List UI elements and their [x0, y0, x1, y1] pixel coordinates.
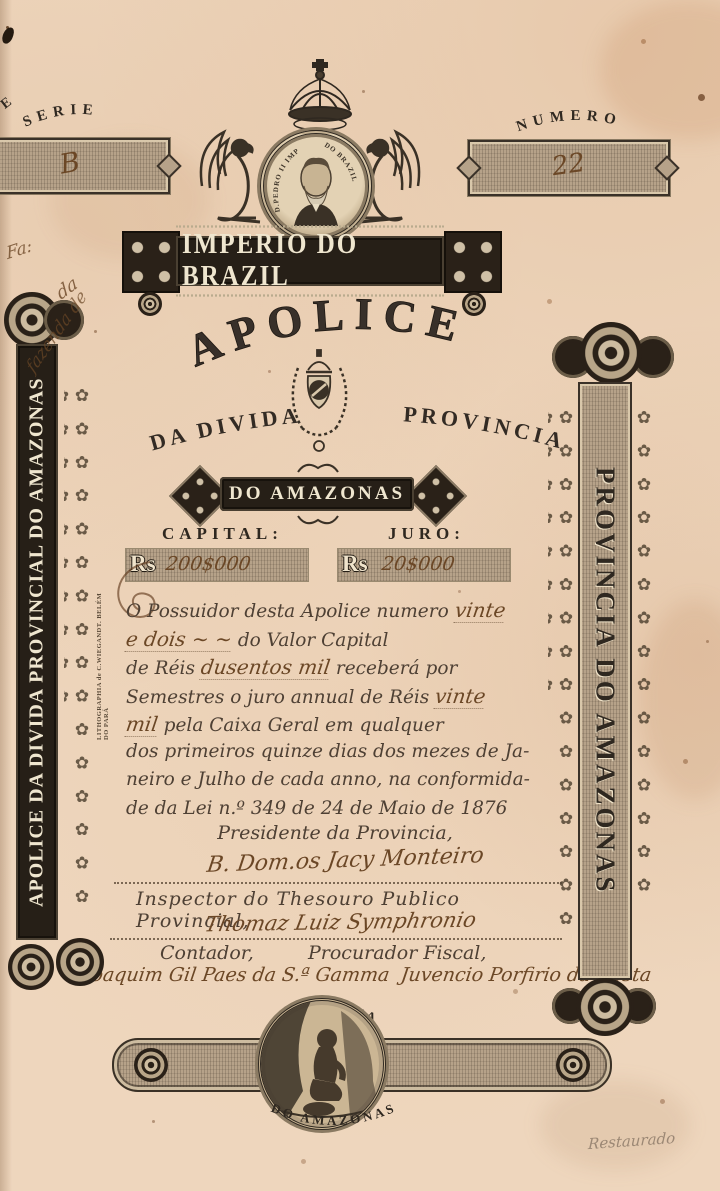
- juro-label: JURO:: [388, 524, 465, 544]
- bottom-signatures: Joaquim Gil Paes da S.ª Gamma Juvencio P…: [84, 964, 574, 986]
- banner-corner-left: [122, 231, 180, 293]
- portrait-bust: D.PEDRO II IMP DO BRAZIL: [264, 134, 368, 238]
- banner-corner-right: [444, 231, 502, 293]
- empire-banner: IMPERIO DO BRAZIL: [176, 236, 444, 286]
- juro-currency: Rs: [342, 551, 368, 577]
- serie-label: SERIE: [21, 102, 100, 131]
- numero-label: NUMERO: [514, 108, 623, 135]
- procurador-label: Procurador Fiscal,: [308, 942, 486, 964]
- juro-field: Rs 20$000: [338, 549, 510, 581]
- serie-value: B: [57, 147, 82, 181]
- body-line: neiro e Julho de cada anno, na conformid…: [126, 769, 536, 798]
- body-line: O Possuidor desta Apolice numero vinte: [126, 598, 536, 627]
- right-banner-text: PROVINCIA DO AMAZONAS: [590, 467, 621, 895]
- left-banner-text: APOLICE DA DIVIDA PROVINCIAL DO AMAZONAS: [26, 377, 49, 907]
- svg-text:D.PEDRO II IMP: D.PEDRO II IMP: [272, 147, 301, 213]
- apolice-title: APOLICE: [160, 294, 560, 384]
- inspector-signature-text: Thomaz Luiz Symphronio: [202, 908, 478, 937]
- do-amazonas-arc: DO AMAZONAS: [238, 1092, 428, 1148]
- tassel-left: [138, 292, 162, 316]
- inspector-signature: Thomaz Luiz Symphronio: [150, 910, 530, 934]
- president-label: Presidente da Provincia,: [140, 822, 530, 844]
- footer-rosette-left: [134, 1048, 168, 1082]
- serie-band: B: [0, 138, 170, 194]
- body-line: e dois ~ ~ do Valor Capital: [126, 627, 536, 656]
- numero-value: 22: [550, 148, 587, 182]
- body-line: dos primeiros quinze dias dos mezes de J…: [126, 741, 536, 770]
- president-signature: B. Dom.os Jacy Monteiro: [150, 848, 540, 873]
- left-banner-bottom-rosette-2: [56, 938, 104, 986]
- contador-label: Contador,: [160, 942, 254, 964]
- right-garland-outer: ✿ ✿ ✿ ✿ ✿ ✿ ✿ ✿ ✿ ✿ ✿ ✿ ✿ ✿ ✿ ✿ ✿ ✿ ✿ ✿ …: [632, 408, 654, 908]
- left-banner-bottom-rosette-1: [8, 944, 54, 990]
- empire-banner-text: IMPERIO DO BRAZIL: [176, 225, 444, 296]
- serie-arc: SERIE: [0, 84, 166, 144]
- president-signature-text: B. Dom.os Jacy Monteiro: [205, 843, 485, 878]
- footer-rosette-right: [556, 1048, 590, 1082]
- right-banner-top-rosette: [580, 322, 642, 384]
- left-garland: ✿ ✿ ✿ ✿ ✿ ✿ ✿ ✿ ✿ ✿ ✿ ✿ ✿ ✿ ✿ ✿ ✿ ✿ ✿ ✿ …: [64, 386, 92, 934]
- scroll-curl-top: [294, 458, 342, 476]
- imperial-crown-icon: [282, 58, 358, 136]
- right-garland-inner: ✿ ✿ ✿ ✿ ✿ ✿ ✿ ✿ ✿ ✿ ✿ ✿ ✿ ✿ ✿ ✿ ✿ ✿ ✿ ✿ …: [548, 408, 576, 948]
- stain: [540, 1080, 690, 1170]
- da-divida-text: DA DIVIDA: [147, 402, 303, 455]
- right-banner-bottom-rosette: [576, 978, 634, 1036]
- svg-text:DA DIVIDA: DA DIVIDA: [147, 402, 303, 455]
- subtitle-arc: DA DIVIDA PROVINCIAL: [138, 396, 582, 460]
- body-text: O Possuidor desta Apolice numero vintee …: [126, 598, 536, 826]
- svg-text:SERIE: SERIE: [21, 102, 100, 131]
- capital-label: CAPITAL:: [162, 524, 283, 544]
- left-banner: APOLICE DA DIVIDA PROVINCIAL DO AMAZONAS: [16, 344, 58, 940]
- signature-rule: [110, 938, 562, 940]
- svg-text:NUMERO: NUMERO: [514, 108, 623, 135]
- body-line: mil pela Caixa Geral em qualquer: [126, 712, 536, 741]
- do-amazonas-arc-text: DO AMAZONAS: [269, 1100, 398, 1129]
- body-line: de Réis dusentos mil receberá por: [126, 655, 536, 684]
- body-line: Semestres o juro annual de Réis vinte: [126, 684, 536, 713]
- right-banner: PROVINCIA DO AMAZONAS: [578, 382, 632, 980]
- certificate-document: SERIE E B NUMERO 22: [0, 0, 720, 1191]
- signature-rule: [114, 882, 562, 884]
- amazonas-ornament-right: [405, 465, 467, 527]
- griffin-left-icon: [194, 126, 268, 230]
- amazonas-banner: DO AMAZONAS: [220, 477, 414, 511]
- juro-value: 20$000: [380, 553, 456, 575]
- portrait-ring-left-text: D.PEDRO II IMP: [272, 147, 301, 213]
- lithographer-imprint: LITHOGRAPHIA de C.WIEGANDT. BELÉM DO PAR…: [96, 580, 110, 740]
- svg-text:DO AMAZONAS: DO AMAZONAS: [269, 1100, 398, 1129]
- capital-value: 200$000: [164, 553, 252, 575]
- amazonas-banner-text: DO AMAZONAS: [229, 483, 405, 505]
- numero-band: 22: [468, 140, 670, 196]
- contador-signature-text: Joaquim Gil Paes da S.ª Gamma: [82, 964, 391, 986]
- scroll-curl-bottom: [294, 512, 342, 530]
